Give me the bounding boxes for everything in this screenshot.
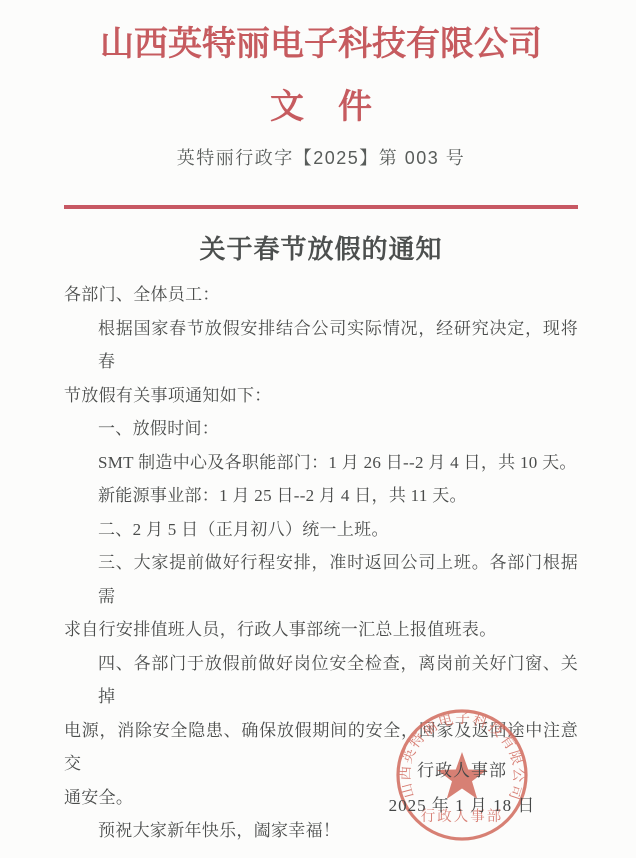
document-label: 文 件 (64, 79, 578, 128)
body-line: 三、大家提前做好行程安排，准时返回公司上班。各部门根据需 (64, 546, 578, 613)
body-line: 根据国家春节放假安排结合公司实际情况，经研究决定，现将春 (64, 312, 578, 379)
signature-department: 行政人事部 (380, 756, 544, 781)
body-line: 新能源事业部：1 月 25 日--2 月 4 日，共 11 天。 (64, 479, 578, 513)
company-name: 山西英特丽电子科技有限公司 (64, 16, 578, 65)
body-line: 节放假有关事项通知如下： (64, 379, 578, 413)
red-divider-rule (64, 205, 578, 209)
body-line: 一、放假时间： (64, 412, 578, 446)
body-line: 各部门、全体员工： (64, 278, 578, 312)
document-number: 英特丽行政字【2025】第 003 号 (64, 144, 578, 170)
document-page: 山西英特丽电子科技有限公司 文 件 英特丽行政字【2025】第 003 号 关于… (0, 0, 636, 858)
notice-title: 关于春节放假的通知 (64, 229, 578, 266)
body-line: 求自行安排值班人员，行政人事部统一汇总上报值班表。 (64, 613, 578, 647)
body-line: SMT 制造中心及各职能部门：1 月 26 日--2 月 4 日，共 10 天。 (64, 446, 578, 480)
signature-date: 2025 年 1 月 18 日 (372, 791, 552, 816)
body-line: 二、2 月 5 日（正月初八）统一上班。 (64, 513, 578, 547)
